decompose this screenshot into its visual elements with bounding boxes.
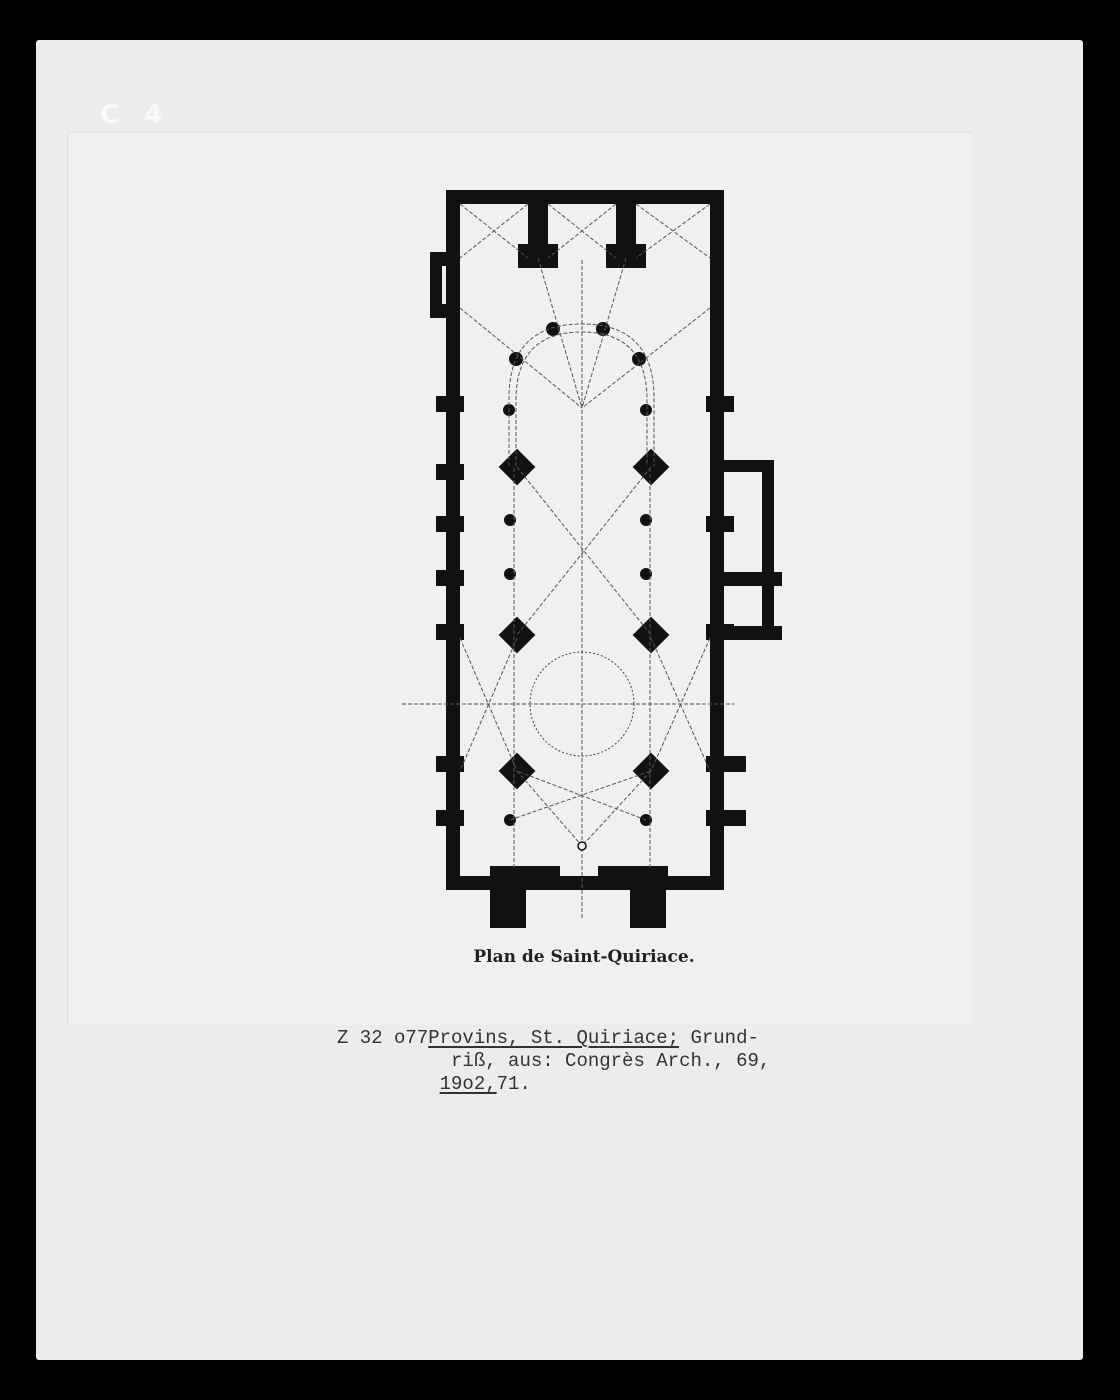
reference-line2: riß, aus: Congrès Arch., 69, xyxy=(451,1050,770,1072)
reference-line1-rest: Grund- xyxy=(679,1027,759,1049)
reference-title: Provins, St. Quiriace; xyxy=(428,1027,679,1049)
card-label: C 4 xyxy=(100,100,170,130)
floor-plan-drawing xyxy=(394,148,814,928)
reference-text: Z 32 o77Provins, St. Quiriace; Grund- ri… xyxy=(337,1027,770,1096)
reference-year: 19o2, xyxy=(440,1073,497,1095)
figure-caption: Plan de Saint-Quiriace. xyxy=(434,947,734,967)
catalog-number: Z 32 o77 xyxy=(337,1027,428,1049)
reference-page: 71. xyxy=(497,1073,531,1095)
